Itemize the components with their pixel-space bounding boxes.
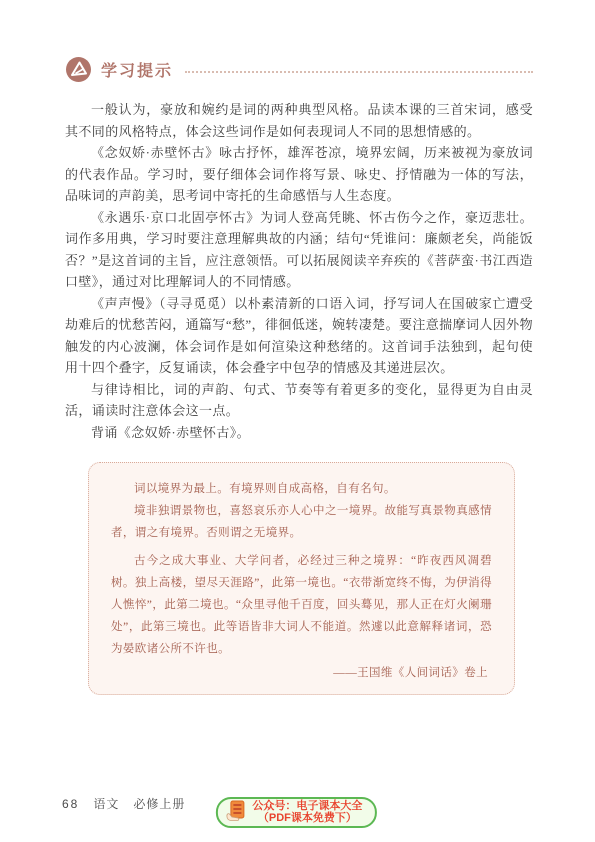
textbook-page: 学习提示 一般认为，豪放和婉约是词的两种典型风格。品读本课的三首宋词，感受其不同…	[0, 0, 595, 842]
paragraph-shengshengman: 《声声慢》（寻寻觅觅）以朴素清新的口语入词，抒写词人在国破家亡遭受劫难后的忧愁苦…	[65, 293, 533, 379]
badge-text: 公众号：电子课本大全 （PDF课本免费下）	[252, 800, 362, 825]
footer-page-info: 68 语文 必修上册	[62, 795, 185, 812]
section-title: 学习提示	[101, 58, 173, 81]
page-content: 学习提示 一般认为，豪放和婉约是词的两种典型风格。品读本课的三首宋词，感受其不同…	[0, 0, 595, 695]
paragraph-rhythm: 与律诗相比，词的声韵、句式、节奏等有着更多的变化，显得更为自由灵活，诵读时注意体…	[65, 379, 533, 422]
quote-paragraph: 境非独谓景物也，喜怒哀乐亦人心中之一境界。故能写真景物真感情者，谓之有境界。否则…	[111, 500, 492, 544]
quote-paragraph: 古今之成大事业、大学问者，必经过三种之境界：“昨夜西风凋碧树。独上高楼，望尽天涯…	[111, 550, 492, 660]
quote-box: 词以境界为最上。有境界则自成高格，自有名句。 境非独谓景物也，喜怒哀乐亦人心中之…	[88, 462, 515, 695]
footer-volume: 必修上册	[133, 795, 185, 812]
study-tips-logo-icon	[65, 56, 92, 83]
page-number: 68	[62, 797, 79, 811]
section-header: 学习提示	[65, 56, 533, 83]
hand-holding-book-icon	[225, 800, 245, 824]
paragraph-recite: 背诵《念奴娇·赤壁怀古》。	[65, 422, 533, 444]
wechat-account-badge: 公众号：电子课本大全 （PDF课本免费下）	[215, 797, 376, 828]
study-tips-body: 一般认为，豪放和婉约是词的两种典型风格。品读本课的三首宋词，感受其不同的风格特点…	[65, 99, 533, 443]
paragraph-yongyule: 《永遇乐·京口北固亭怀古》为词人登高凭眺、怀古伤今之作，豪迈悲壮。词作多用典，学…	[65, 207, 533, 293]
badge-line2: （PDF课本免费下）	[252, 812, 362, 825]
paragraph-overview: 一般认为，豪放和婉约是词的两种典型风格。品读本课的三首宋词，感受其不同的风格特点…	[65, 99, 533, 142]
dotted-divider	[185, 71, 533, 73]
badge-line1: 公众号：电子课本大全	[252, 800, 362, 813]
paragraph-niannujiao: 《念奴娇·赤壁怀古》咏古抒怀，雄浑苍凉，境界宏阔，历来被视为豪放词的代表作品。学…	[65, 142, 533, 207]
quote-paragraph: 词以境界为最上。有境界则自成高格，自有名句。	[111, 478, 492, 500]
footer-subject: 语文	[93, 795, 119, 812]
quote-attribution: ——王国维《人间词话》卷上	[111, 662, 488, 684]
